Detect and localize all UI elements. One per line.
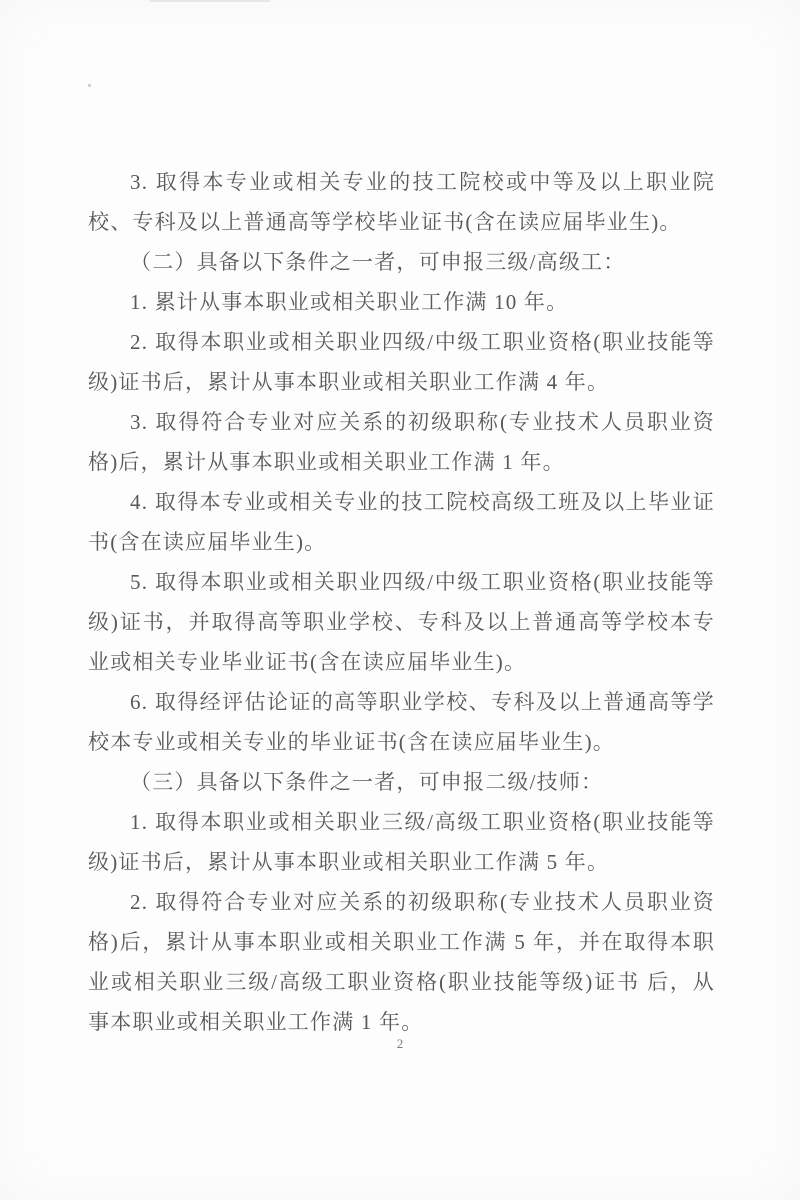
paragraph: 3. 取得符合专业对应关系的初级职称(专业技术人员职业资格)后，累计从事本职业或…: [88, 402, 715, 482]
paragraph: （三）具备以下条件之一者，可申报二级/技师：: [88, 762, 715, 802]
paragraph: 5. 取得本职业或相关职业四级/中级工职业资格(职业技能等级)证书，并取得高等职…: [88, 562, 715, 682]
paragraph: 1. 取得本职业或相关职业三级/高级工职业资格(职业技能等级)证书后，累计从事本…: [88, 802, 715, 882]
scan-artifact-speck: [88, 84, 91, 87]
document-page: 3. 取得本专业或相关专业的技工院校或中等及以上职业院校、专科及以上普通高等学校…: [0, 0, 800, 1200]
scan-artifact-top: [150, 0, 270, 2]
paragraph: 3. 取得本专业或相关专业的技工院校或中等及以上职业院校、专科及以上普通高等学校…: [88, 162, 715, 242]
paragraph: 4. 取得本专业或相关专业的技工院校高级工班及以上毕业证书(含在读应届毕业生)。: [88, 482, 715, 562]
paragraph: 2. 取得本职业或相关职业四级/中级工职业资格(职业技能等级)证书后，累计从事本…: [88, 322, 715, 402]
paragraph: 6. 取得经评估论证的高等职业学校、专科及以上普通高等学校本专业或相关专业的毕业…: [88, 682, 715, 762]
paragraph: 2. 取得符合专业对应关系的初级职称(专业技术人员职业资格)后，累计从事本职业或…: [88, 882, 715, 1042]
page-number: 2: [0, 1036, 800, 1052]
document-body: 3. 取得本专业或相关专业的技工院校或中等及以上职业院校、专科及以上普通高等学校…: [88, 162, 715, 1042]
paragraph: 1. 累计从事本职业或相关职业工作满 10 年。: [88, 282, 715, 322]
paragraph: （二）具备以下条件之一者，可申报三级/高级工：: [88, 242, 715, 282]
